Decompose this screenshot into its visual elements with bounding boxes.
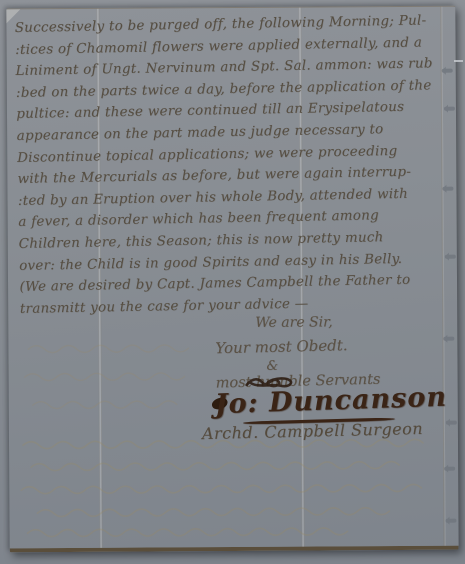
closing-salutation: We are Sir, xyxy=(255,314,333,330)
stitch-mark xyxy=(444,107,455,111)
closing-ampersand: & xyxy=(266,359,278,374)
signature-primary: Jo: Duncanson xyxy=(214,382,447,420)
scan-background: Successively to be purged off, the follo… xyxy=(0,0,465,564)
closing-obedient: Your most Obedt. xyxy=(215,336,348,357)
stitch-mark xyxy=(443,337,454,341)
margin-mark xyxy=(454,60,463,62)
stitch-mark xyxy=(442,69,453,73)
stitch-mark xyxy=(445,255,456,259)
stitch-mark xyxy=(446,421,457,425)
letter-page: Successively to be purged off, the follo… xyxy=(6,6,458,553)
ink-showthrough xyxy=(17,435,450,542)
stitch-mark xyxy=(444,467,455,471)
ink-showthrough xyxy=(20,338,211,429)
stitch-mark xyxy=(445,519,456,523)
stitch-mark xyxy=(442,187,453,191)
signature-secondary: Archd. Campbell Surgeon xyxy=(202,419,424,443)
letter-body: Successively to be purged off, the follo… xyxy=(15,10,452,320)
